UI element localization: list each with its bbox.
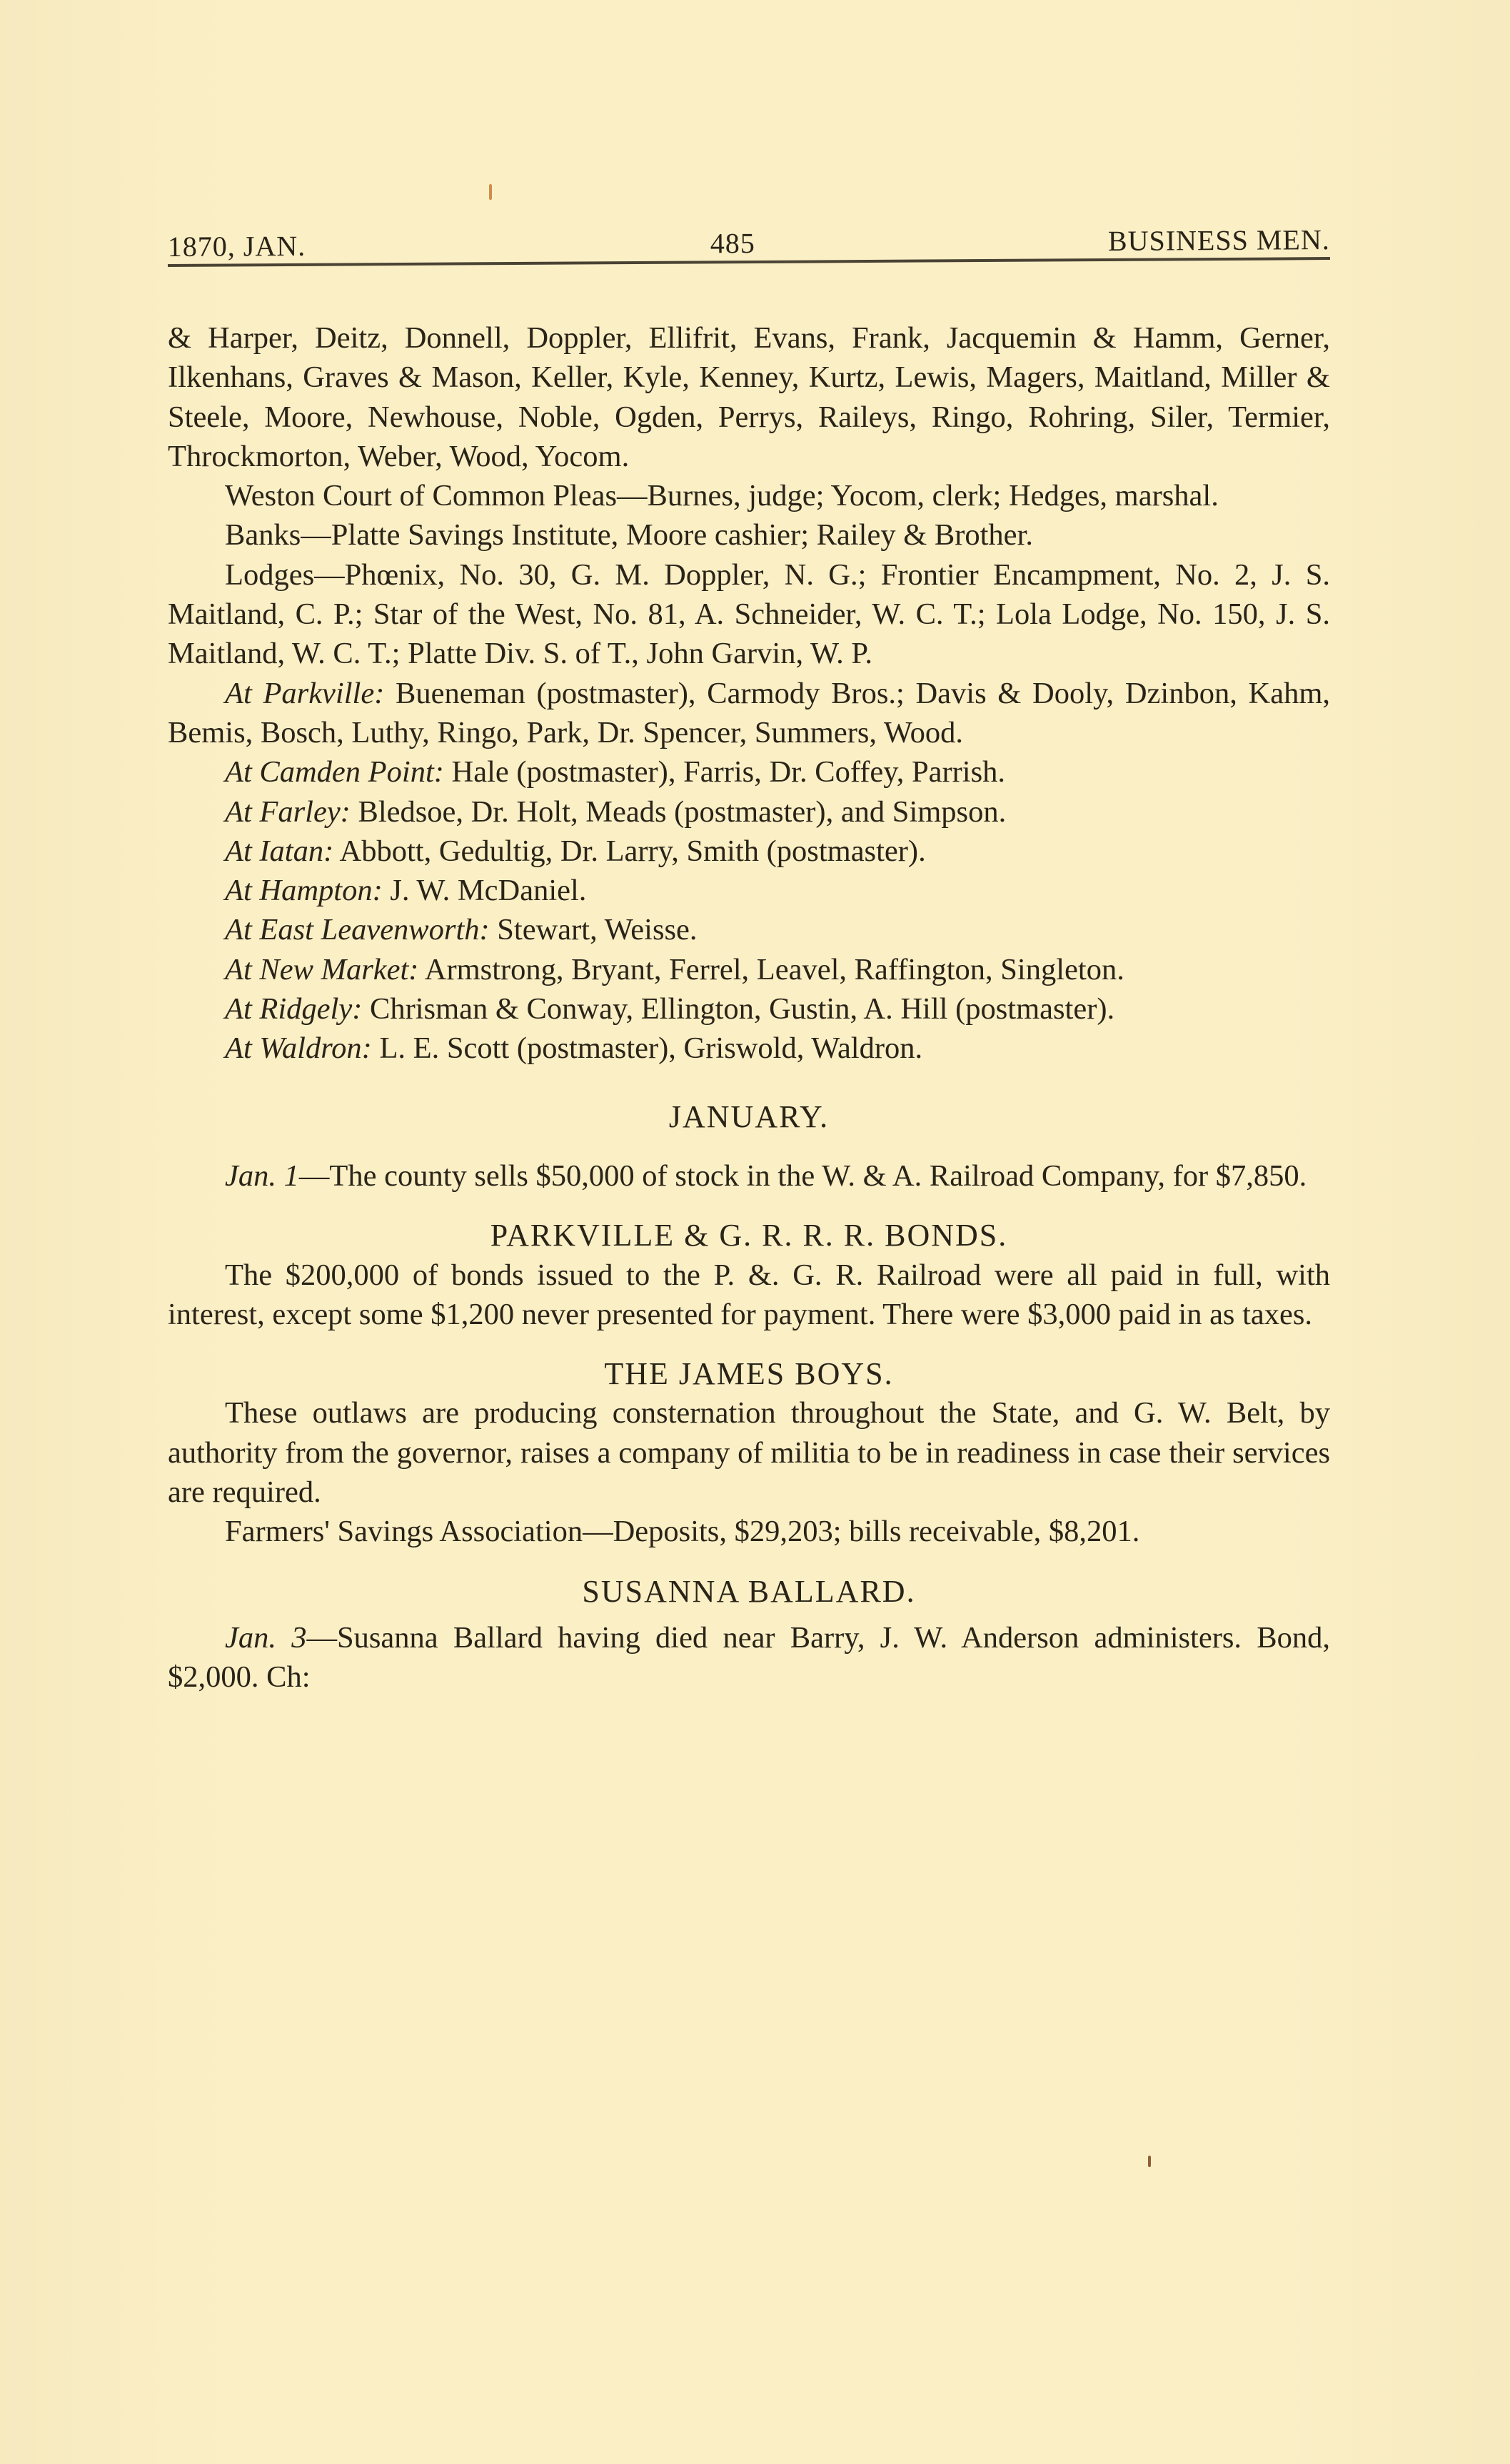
town-entry-east-leavenworth: At East Leavenworth: Stewart, Weisse. [168, 910, 1330, 949]
section-heading-january: JANUARY. [168, 1097, 1330, 1136]
town-name: At Waldron: [225, 1031, 372, 1065]
section-heading-bonds: PARKVILLE & G. R. R. R. BONDS. [168, 1216, 1330, 1255]
town-businesses: Chrisman & Conway, Ellington, Gustin, A.… [362, 992, 1114, 1026]
spacer [168, 1196, 1330, 1216]
section-heading-ballard: SUSANNA BALLARD. [168, 1572, 1330, 1611]
book-page: 1870, JAN. 485 BUSINESS MEN. & Harper, D… [168, 214, 1330, 1697]
town-businesses: L. E. Scott (postmaster), Griswold, Wald… [372, 1031, 922, 1065]
town-name: At Farley: [225, 795, 351, 829]
town-entry-waldron: At Waldron: L. E. Scott (postmaster), Gr… [168, 1029, 1330, 1068]
town-entry-ridgely: At Ridgely: Chrisman & Conway, Ellington… [168, 989, 1330, 1029]
town-entry-parkville: At Parkville: Bueneman (postmaster), Car… [168, 674, 1330, 753]
spacer [168, 1611, 1330, 1618]
running-head-title: BUSINESS MEN. [1108, 223, 1330, 258]
town-businesses: Armstrong, Bryant, Ferrel, Leavel, Raffi… [418, 953, 1124, 986]
ink-speck [1148, 2156, 1151, 2167]
court-paragraph: Weston Court of Common Pleas—Burnes, jud… [168, 476, 1330, 515]
entry-date: Jan. 1 [225, 1159, 299, 1193]
town-name: At East Leavenworth: [225, 913, 490, 946]
town-entry-farley: At Farley: Bledsoe, Dr. Holt, Meads (pos… [168, 792, 1330, 832]
spacer [168, 1334, 1330, 1354]
lodges-paragraph: Lodges—Phœnix, No. 30, G. M. Doppler, N.… [168, 555, 1330, 674]
banks-paragraph: Banks—Platte Savings Institute, Moore ca… [168, 515, 1330, 555]
town-name: At Parkville: [225, 677, 384, 710]
bonds-paragraph: The $200,000 of bonds issued to the P. &… [168, 1256, 1330, 1335]
farmers-savings-paragraph: Farmers' Savings Association—Deposits, $… [168, 1512, 1330, 1551]
town-name: At Ridgely: [225, 992, 362, 1026]
town-businesses: Abbott, Gedultig, Dr. Larry, Smith (post… [333, 834, 925, 868]
entry-date: Jan. 3 [225, 1621, 306, 1655]
town-businesses: Hale (postmaster), Farris, Dr. Coffey, P… [444, 755, 1005, 789]
town-businesses: Bledsoe, Dr. Holt, Meads (postmaster), a… [351, 795, 1006, 829]
town-name: At Camden Point: [225, 755, 444, 789]
town-name: At Hampton: [225, 874, 383, 907]
running-head-date: 1870, JAN. [168, 229, 306, 263]
entry-text: —Susanna Ballard having died near Barry,… [168, 1621, 1330, 1694]
town-entry-iatan: At Iatan: Abbott, Gedultig, Dr. Larry, S… [168, 832, 1330, 871]
james-boys-paragraph: These outlaws are producing consternatio… [168, 1393, 1330, 1512]
page-body: & Harper, Deitz, Donnell, Doppler, Ellif… [168, 318, 1330, 1697]
entry-text: —The county sells $50,000 of stock in th… [299, 1159, 1307, 1193]
town-name: At New Market: [225, 953, 418, 986]
town-entry-new-market: At New Market: Armstrong, Bryant, Ferrel… [168, 950, 1330, 989]
town-entry-camden-point: At Camden Point: Hale (postmaster), Farr… [168, 752, 1330, 792]
page-number: 485 [710, 226, 755, 260]
town-name: At Iatan: [225, 834, 333, 868]
town-businesses: J. W. McDaniel. [383, 874, 587, 907]
ink-speck [489, 184, 492, 200]
town-businesses: Stewart, Weisse. [490, 913, 698, 946]
spacer [168, 1552, 1330, 1572]
january-entry: Jan. 1—The county sells $50,000 of stock… [168, 1156, 1330, 1196]
spacer [168, 1136, 1330, 1156]
town-entry-hampton: At Hampton: J. W. McDaniel. [168, 871, 1330, 910]
business-list-continuation: & Harper, Deitz, Donnell, Doppler, Ellif… [168, 318, 1330, 476]
running-head: 1870, JAN. 485 BUSINESS MEN. [168, 207, 1330, 267]
spacer [168, 1069, 1330, 1097]
section-heading-james-boys: THE JAMES BOYS. [168, 1354, 1330, 1393]
ballard-entry: Jan. 3—Susanna Ballard having died near … [168, 1618, 1330, 1697]
